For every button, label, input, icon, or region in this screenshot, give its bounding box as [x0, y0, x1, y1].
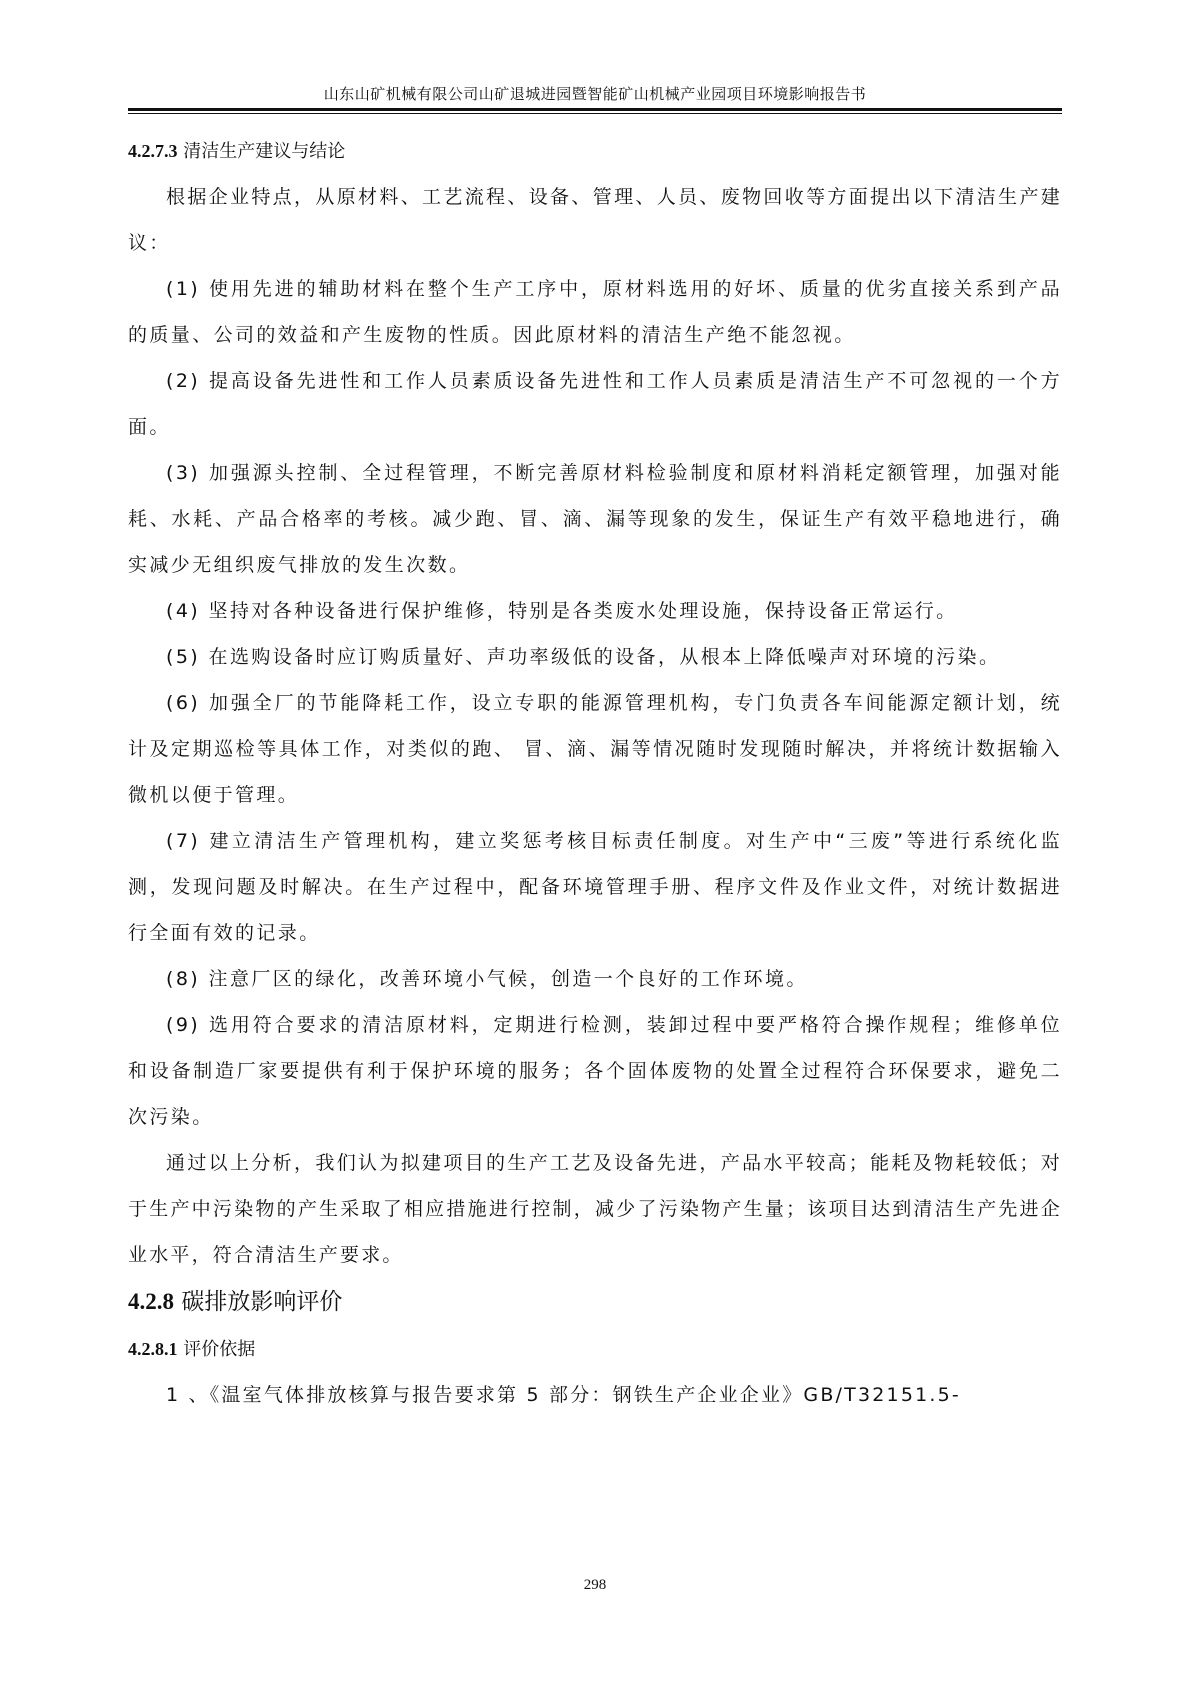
intro-paragraph: 根据企业特点，从原材料、工艺流程、设备、管理、人员、废物回收等方面提出以下清洁生…: [128, 174, 1062, 266]
recommendation-item: (3) 加强源头控制、全过程管理，不断完善原材料检验制度和原材料消耗定额管理，加…: [128, 450, 1062, 588]
section-number: 4.2.7.3: [128, 141, 178, 161]
section-heading-428: 4.2.8 碳排放影响评价: [128, 1278, 1062, 1326]
recommendation-item: (2) 提高设备先进性和工作人员素质设备先进性和工作人员素质是清洁生产不可忽视的…: [128, 358, 1062, 450]
recommendation-item: (9) 选用符合要求的清洁原材料，定期进行检测，装卸过程中要严格符合操作规程；维…: [128, 1002, 1062, 1140]
header-rule-thin: [128, 113, 1062, 114]
reference-item: 1 、《温室气体排放核算与报告要求第 5 部分：钢铁生产企业企业》GB/T321…: [128, 1372, 1062, 1418]
recommendation-item: (1) 使用先进的辅助材料在整个生产工序中，原材料选用的好坏、质量的优劣直接关系…: [128, 266, 1062, 358]
recommendation-item: (5) 在选购设备时应订购质量好、声功率级低的设备，从根本上降低噪声对环境的污染…: [128, 634, 1062, 680]
page-number: 298: [0, 1577, 1190, 1594]
page-body: 4.2.7.3 清洁生产建议与结论 根据企业特点，从原材料、工艺流程、设备、管理…: [128, 128, 1062, 1418]
section-heading-4273: 4.2.7.3 清洁生产建议与结论: [128, 128, 1062, 174]
conclusion-paragraph: 通过以上分析，我们认为拟建项目的生产工艺及设备先进，产品水平较高；能耗及物耗较低…: [128, 1140, 1062, 1278]
section-title: 清洁生产建议与结论: [183, 141, 345, 162]
document-title: 山东山矿机械有限公司山矿退城进园暨智能矿山机械产业园项目环境影响报告书: [128, 84, 1062, 108]
page-header: 山东山矿机械有限公司山矿退城进园暨智能矿山机械产业园项目环境影响报告书: [128, 84, 1062, 114]
recommendation-item: (6) 加强全厂的节能降耗工作，设立专职的能源管理机构，专门负责各车间能源定额计…: [128, 680, 1062, 818]
section-number: 4.2.8: [128, 1289, 174, 1314]
recommendation-item: (8) 注意厂区的绿化，改善环境小气候，创造一个良好的工作环境。: [128, 956, 1062, 1002]
section-title: 评价依据: [183, 1339, 255, 1360]
section-number: 4.2.8.1: [128, 1339, 178, 1359]
section-heading-4281: 4.2.8.1 评价依据: [128, 1326, 1062, 1372]
section-title: 碳排放影响评价: [181, 1289, 342, 1315]
header-rule-thick: [128, 108, 1062, 111]
recommendation-item: (7) 建立清洁生产管理机构，建立奖惩考核目标责任制度。对生产中“三废”等进行系…: [128, 818, 1062, 956]
recommendation-item: (4) 坚持对各种设备进行保护维修，特别是各类废水处理设施，保持设备正常运行。: [128, 588, 1062, 634]
